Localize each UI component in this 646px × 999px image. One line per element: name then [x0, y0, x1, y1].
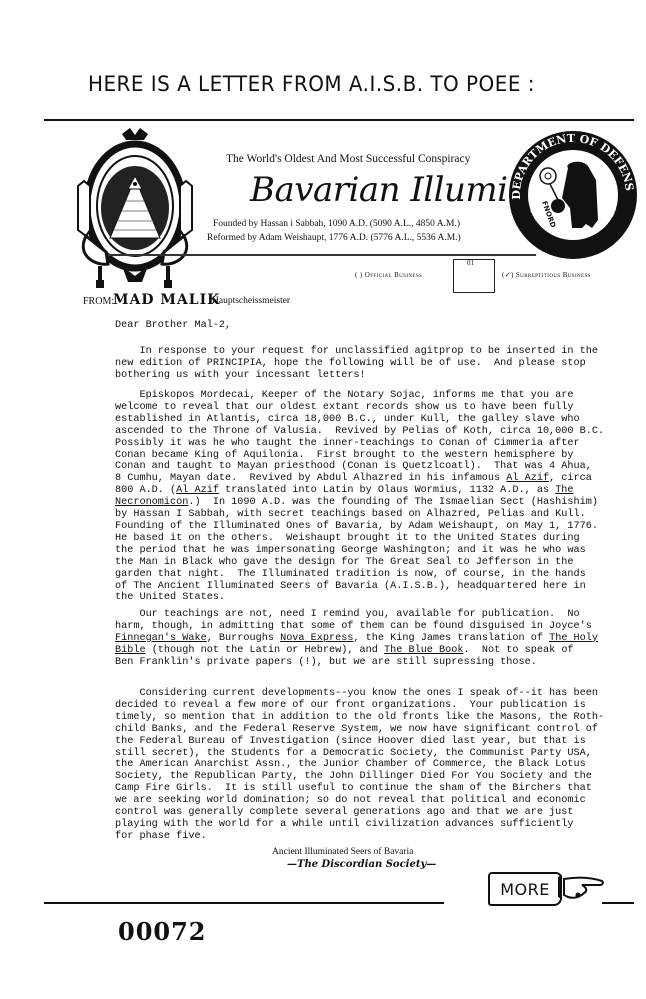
letter-paragraph: Considering current developments--you kn…: [115, 688, 604, 843]
signature-society: —The Discordian Society—: [287, 859, 436, 870]
signature-organization: Ancient Illuminated Seers of Bavaria: [272, 847, 413, 857]
more-label: MORE: [500, 880, 550, 899]
department-of-defense-seal-icon: DEPARTMENT OF DEFENSE UNITED STATES OF A…: [506, 128, 640, 262]
illuminati-seal-icon: [66, 126, 204, 294]
official-business-option: ( ) Official Business: [355, 271, 422, 279]
letter-paragraph: In response to your request for unclassi…: [115, 346, 598, 382]
reformed-line: Reformed by Adam Weishaupt, 1776 A.D. (5…: [207, 233, 461, 243]
footer-divider: [44, 902, 444, 904]
top-divider: [44, 119, 634, 121]
tagline: The World's Oldest And Most Successful C…: [226, 153, 470, 165]
sender-title: Hauptscheissmeister: [212, 296, 290, 306]
founded-line: Founded by Hassan i Sabbah, 1090 A.D. (5…: [213, 219, 460, 229]
letter-paragraph: Our teachings are not, need I remind you…: [115, 609, 598, 669]
letterhead-divider: [108, 254, 536, 256]
salutation: Dear Brother Mal-2,: [115, 320, 231, 332]
surreptitious-business-option: (✓) Surreptitious Business: [502, 271, 591, 279]
more-button[interactable]: MORE: [488, 872, 562, 906]
letter-paragraph: Episkopos Mordecai, Keeper of the Notary…: [115, 390, 604, 604]
footer-divider-right: [602, 902, 634, 904]
routing-box: [453, 259, 495, 293]
page-number: 00072: [118, 917, 207, 946]
pointing-hand-icon[interactable]: [556, 873, 606, 901]
page-heading: HERE IS A LETTER FROM A.I.S.B. TO POEE :: [88, 72, 535, 96]
from-label: FROM:: [83, 296, 114, 307]
routing-number: 01: [467, 259, 474, 267]
sender-name: MAD MALIK: [113, 292, 220, 308]
